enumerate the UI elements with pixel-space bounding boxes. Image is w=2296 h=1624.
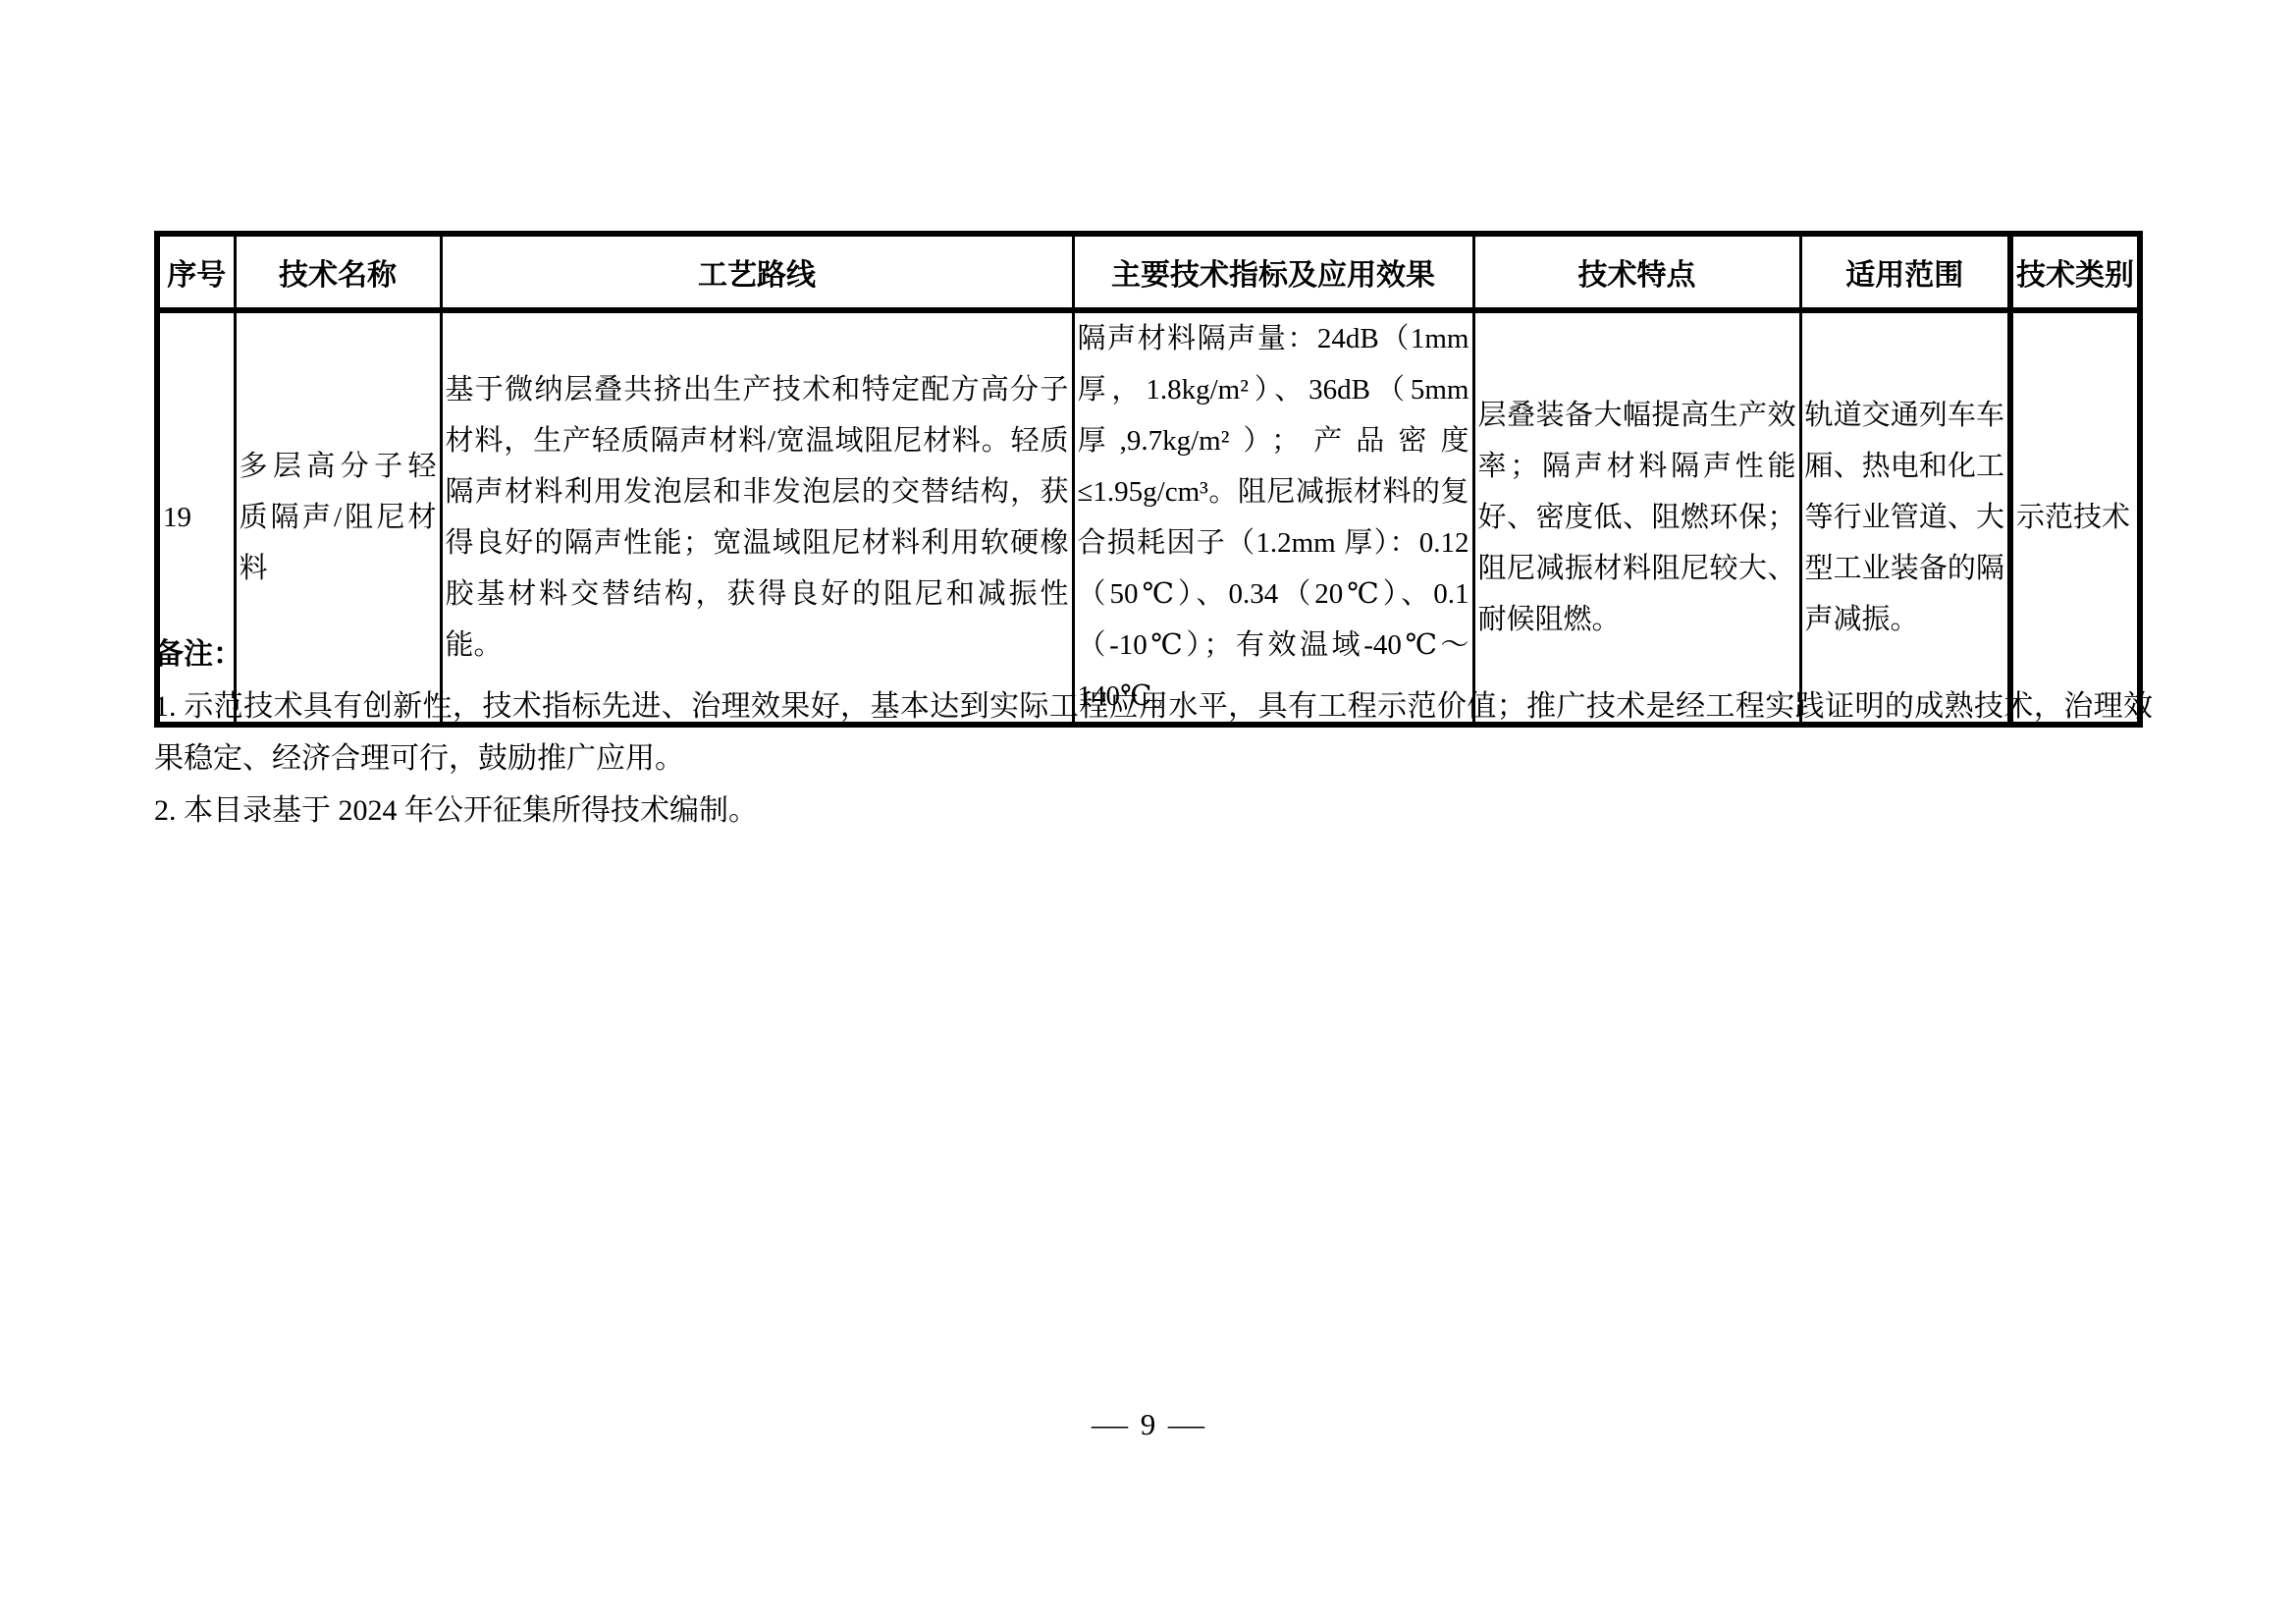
col-header-serial: 序号 — [157, 234, 235, 310]
col-header-process-route: 工艺路线 — [441, 234, 1073, 310]
col-header-tech-name: 技术名称 — [235, 234, 441, 310]
document-page: 序号 技术名称 工艺路线 主要技术指标及应用效果 技术特点 适用范围 技术类别 … — [0, 0, 2296, 1624]
notes-section: 备注： 1. 示范技术具有创新性，技术指标先进、治理效果好，基本达到实际工程应用… — [154, 628, 2153, 837]
col-header-features: 技术特点 — [1473, 234, 1800, 310]
col-header-scope: 适用范围 — [1800, 234, 2010, 310]
page-number-dash-right: — — [1168, 1407, 1204, 1442]
col-header-category: 技术类别 — [2010, 234, 2140, 310]
page-number-dash-left: — — [1092, 1407, 1128, 1442]
page-footer: —9— — [0, 1407, 2296, 1442]
note-item-2: 2. 本目录基于 2024 年公开征集所得技术编制。 — [154, 785, 2153, 837]
note-item-1: 1. 示范技术具有创新性，技术指标先进、治理效果好，基本达到实际工程应用水平，具… — [154, 680, 2153, 785]
page-number: 9 — [1141, 1407, 1156, 1442]
col-header-indicators: 主要技术指标及应用效果 — [1073, 234, 1473, 310]
notes-label: 备注： — [154, 628, 2153, 680]
table-header-row: 序号 技术名称 工艺路线 主要技术指标及应用效果 技术特点 适用范围 技术类别 — [157, 234, 2140, 310]
